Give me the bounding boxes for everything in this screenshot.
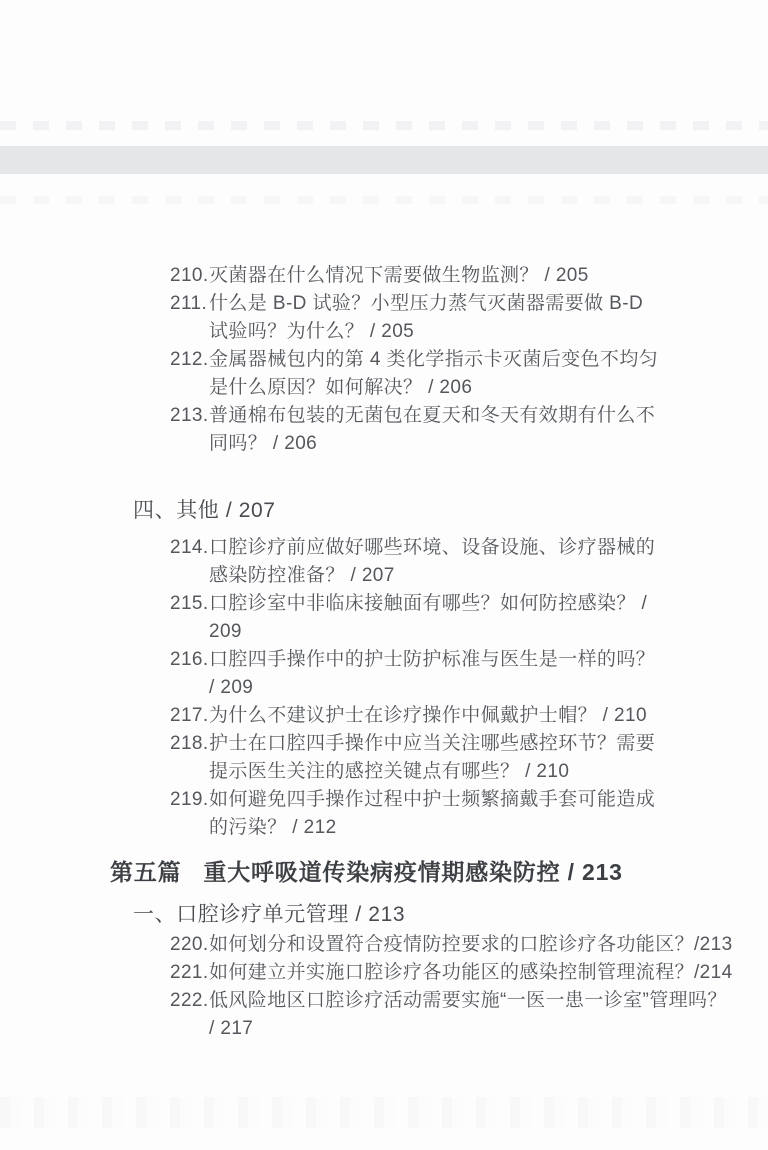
- item-number: 214.: [170, 534, 209, 562]
- item-number: 216.: [170, 646, 209, 674]
- item-text: 灭菌器在什么情况下需要做生物监测？ / 205: [209, 262, 661, 290]
- item-number: 221.: [170, 959, 209, 987]
- item-text: 普通棉布包装的无菌包在夏天和冬天有效期有什么不同吗？ / 206: [209, 402, 661, 458]
- section-heading-other[interactable]: 四、其他 / 207: [133, 496, 276, 526]
- item-text: 如何划分和设置符合疫情防控要求的口腔诊疗各功能区？/213: [209, 931, 733, 959]
- item-number: 220.: [170, 931, 209, 959]
- item-text: 如何建立并实施口腔诊疗各功能区的感染控制管理流程？/214: [209, 959, 733, 987]
- scan-artifact-bottom-band: [0, 1097, 768, 1128]
- toc-item-219[interactable]: 219. 如何避免四手操作过程中护士频繁摘戴手套可能造成的污染？ / 212: [170, 786, 661, 842]
- item-number: 222.: [170, 987, 209, 1015]
- toc-page: 210. 灭菌器在什么情况下需要做生物监测？ / 205 211. 什么是 B-…: [0, 0, 768, 1150]
- item-number: 211.: [170, 290, 209, 318]
- part-heading-5[interactable]: 第五篇 重大呼吸道传染病疫情期感染防控 / 213: [110, 856, 623, 888]
- item-number: 215.: [170, 590, 209, 618]
- toc-items-block-2: 214. 口腔诊疗前应做好哪些环境、设备设施、诊疗器械的感染防控准备？ / 20…: [170, 534, 661, 842]
- item-text: 护士在口腔四手操作中应当关注哪些感控环节？需要提示医生关注的感控关键点有哪些？ …: [209, 730, 661, 786]
- part-number: 第五篇: [110, 856, 181, 888]
- item-text: 金属器械包内的第 4 类化学指示卡灭菌后变色不均匀是什么原因？如何解决？ / 2…: [209, 346, 661, 402]
- toc-item-221[interactable]: 221. 如何建立并实施口腔诊疗各功能区的感染控制管理流程？/214: [170, 959, 733, 987]
- item-number: 219.: [170, 786, 209, 814]
- item-number: 212.: [170, 346, 209, 374]
- toc-item-218[interactable]: 218. 护士在口腔四手操作中应当关注哪些感控环节？需要提示医生关注的感控关键点…: [170, 730, 661, 786]
- item-text: 口腔诊室中非临床接触面有哪些？如何防控感染？ / 209: [209, 590, 661, 646]
- item-text: 为什么不建议护士在诊疗操作中佩戴护士帽？ / 210: [209, 702, 661, 730]
- toc-items-block-3: 220. 如何划分和设置符合疫情防控要求的口腔诊疗各功能区？/213 221. …: [170, 931, 733, 1043]
- section-heading-unit-management[interactable]: 一、口腔诊疗单元管理 / 213: [133, 900, 405, 930]
- scan-artifact-dashes-top: [0, 121, 768, 130]
- toc-item-212[interactable]: 212. 金属器械包内的第 4 类化学指示卡灭菌后变色不均匀是什么原因？如何解决…: [170, 346, 661, 402]
- toc-item-220[interactable]: 220. 如何划分和设置符合疫情防控要求的口腔诊疗各功能区？/213: [170, 931, 733, 959]
- part-title: 重大呼吸道传染病疫情期感染防控 / 213: [203, 856, 622, 888]
- toc-item-215[interactable]: 215. 口腔诊室中非临床接触面有哪些？如何防控感染？ / 209: [170, 590, 661, 646]
- toc-item-213[interactable]: 213. 普通棉布包装的无菌包在夏天和冬天有效期有什么不同吗？ / 206: [170, 402, 661, 458]
- toc-items-block-1: 210. 灭菌器在什么情况下需要做生物监测？ / 205 211. 什么是 B-…: [170, 262, 661, 458]
- toc-item-222[interactable]: 222. 低风险地区口腔诊疗活动需要实施“一医一患一诊室”管理吗？ / 217: [170, 987, 733, 1043]
- toc-item-210[interactable]: 210. 灭菌器在什么情况下需要做生物监测？ / 205: [170, 262, 661, 290]
- item-number: 217.: [170, 702, 209, 730]
- item-text: 什么是 B-D 试验？小型压力蒸气灭菌器需要做 B-D 试验吗？为什么？ / 2…: [209, 290, 661, 346]
- scan-artifact-dashes-mid: [0, 196, 768, 204]
- toc-item-216[interactable]: 216. 口腔四手操作中的护士防护标准与医生是一样的吗？ / 209: [170, 646, 661, 702]
- item-number: 213.: [170, 402, 209, 430]
- toc-item-211[interactable]: 211. 什么是 B-D 试验？小型压力蒸气灭菌器需要做 B-D 试验吗？为什么…: [170, 290, 661, 346]
- toc-item-214[interactable]: 214. 口腔诊疗前应做好哪些环境、设备设施、诊疗器械的感染防控准备？ / 20…: [170, 534, 661, 590]
- page-top-gray-bar: [0, 146, 768, 174]
- item-text: 口腔诊疗前应做好哪些环境、设备设施、诊疗器械的感染防控准备？ / 207: [209, 534, 661, 590]
- item-text: 如何避免四手操作过程中护士频繁摘戴手套可能造成的污染？ / 212: [209, 786, 661, 842]
- item-number: 210.: [170, 262, 209, 290]
- item-text: 低风险地区口腔诊疗活动需要实施“一医一患一诊室”管理吗？ / 217: [209, 987, 733, 1043]
- item-text: 口腔四手操作中的护士防护标准与医生是一样的吗？ / 209: [209, 646, 661, 702]
- item-number: 218.: [170, 730, 209, 758]
- toc-item-217[interactable]: 217. 为什么不建议护士在诊疗操作中佩戴护士帽？ / 210: [170, 702, 661, 730]
